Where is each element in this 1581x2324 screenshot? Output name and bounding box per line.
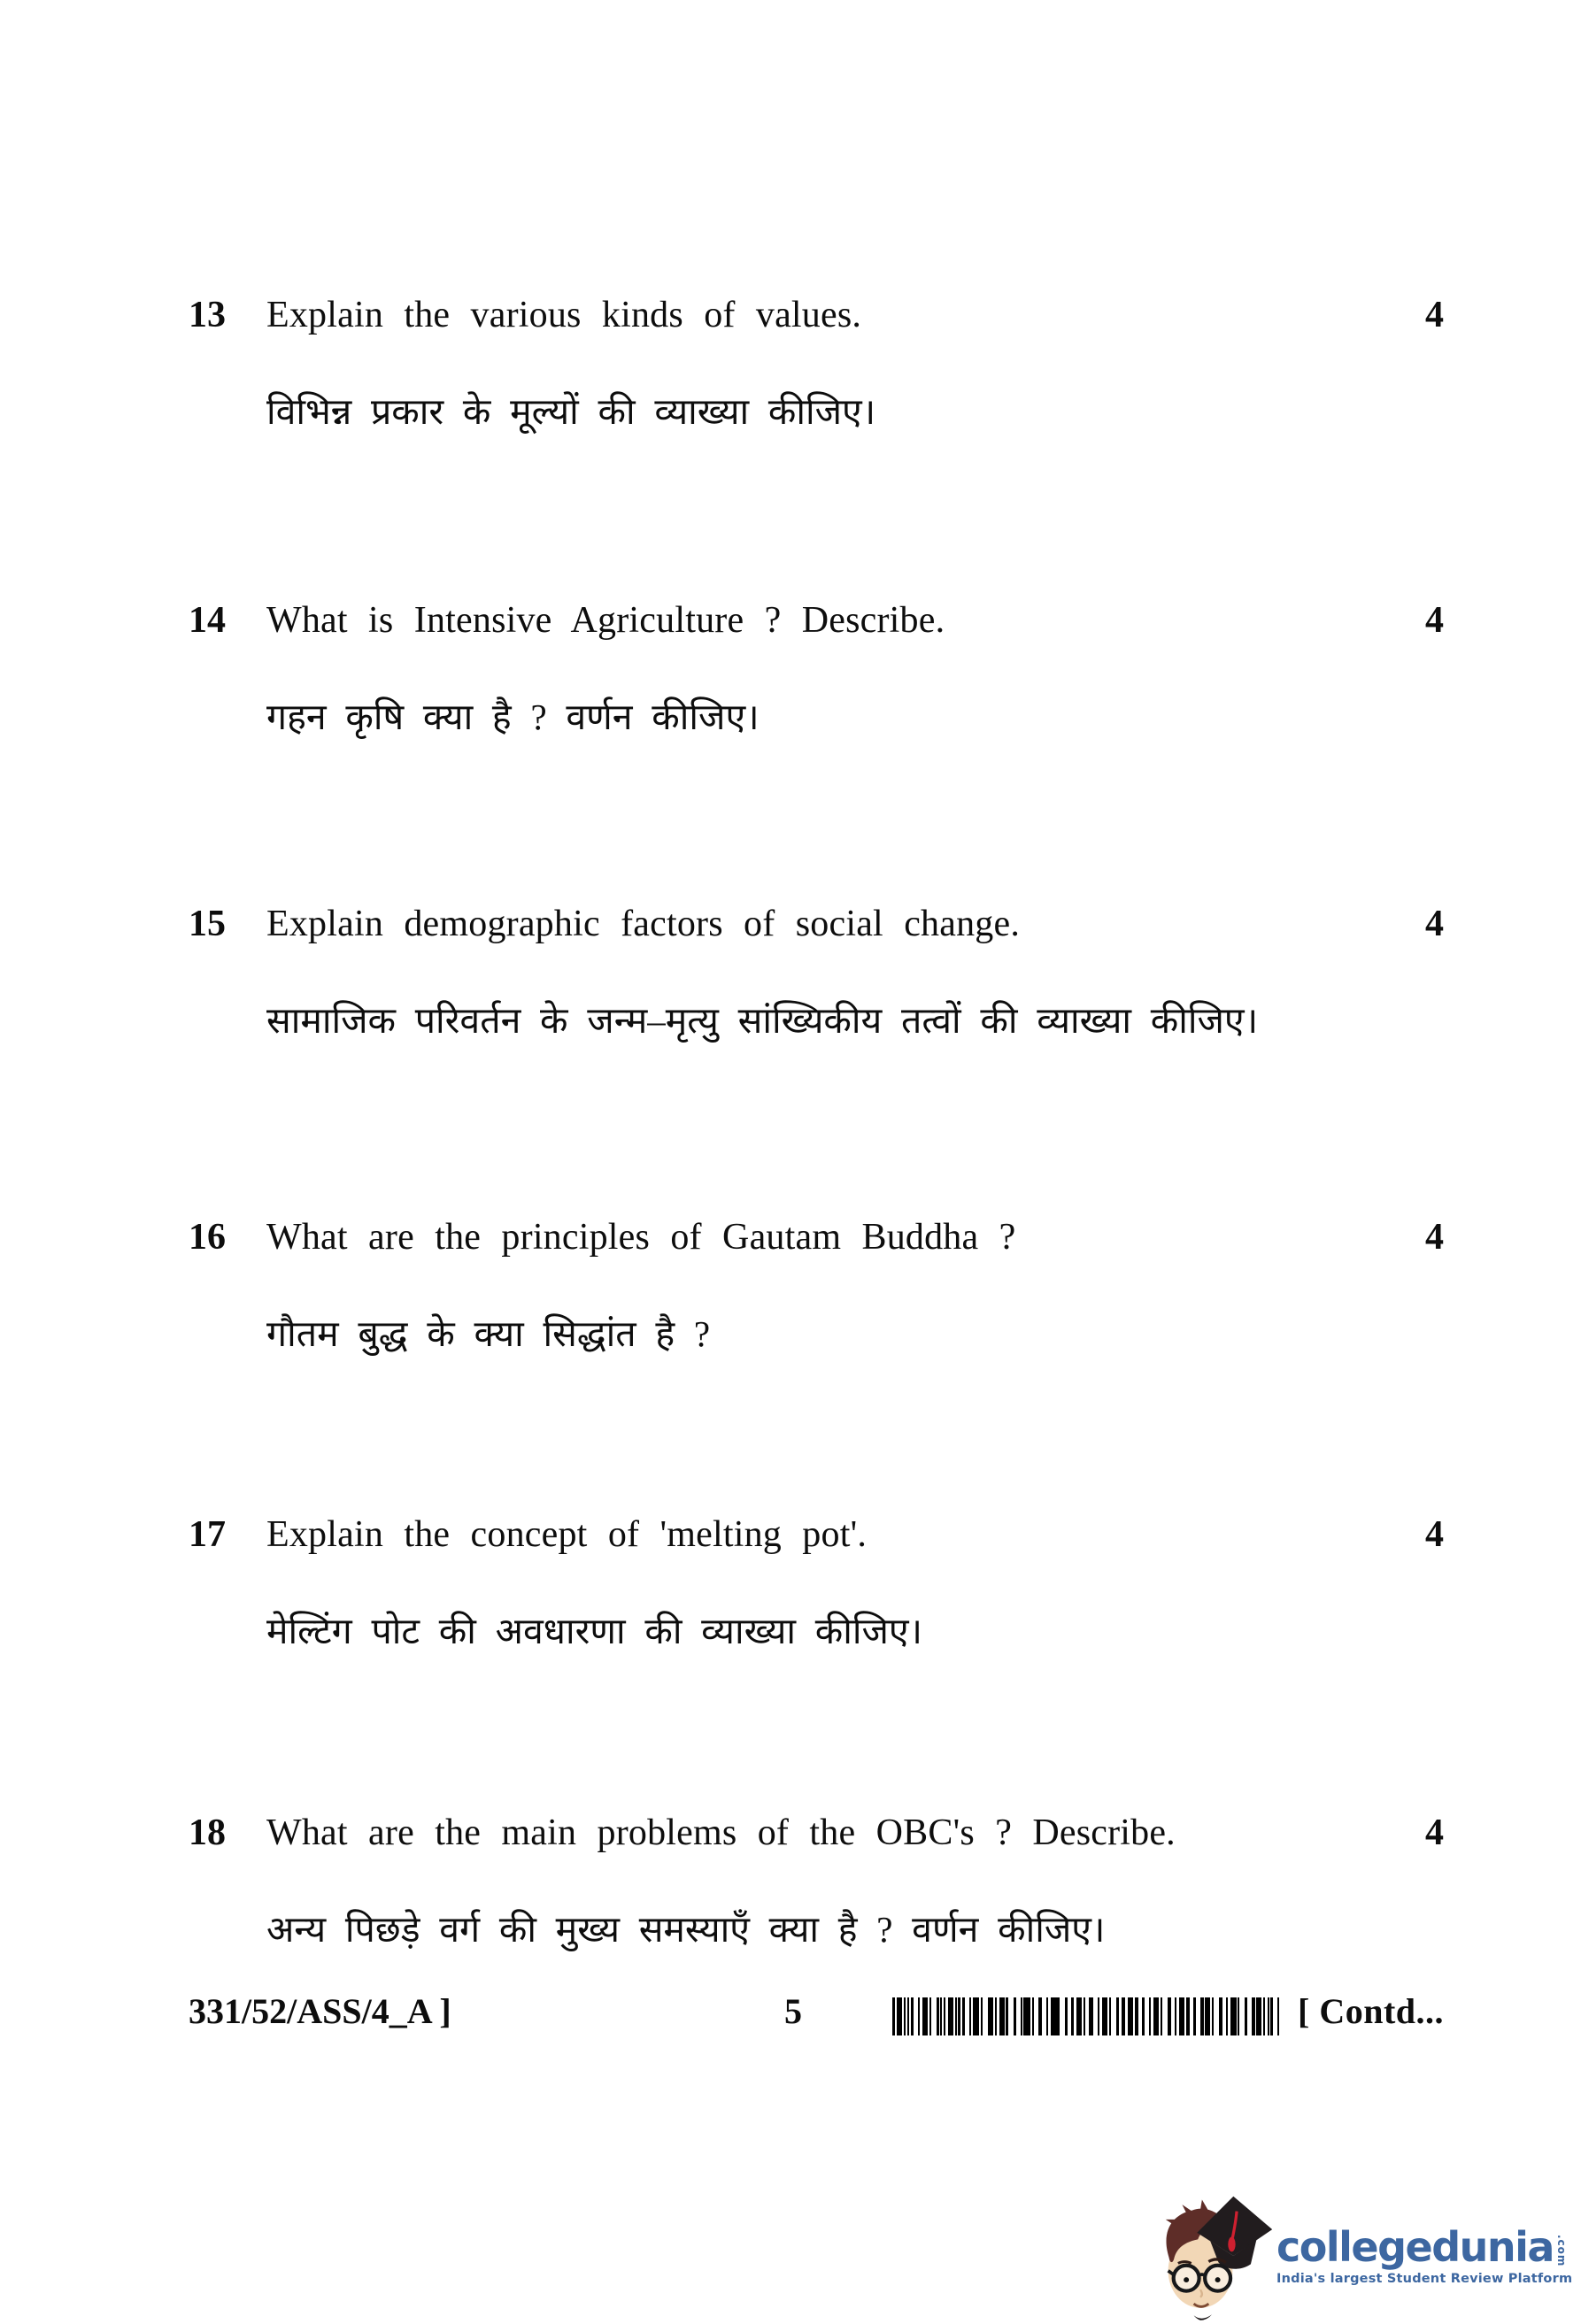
contd-label: [ Contd... xyxy=(1298,1990,1444,2032)
mascot-tassel xyxy=(1228,2237,1235,2252)
question-marks: 4 xyxy=(1399,1512,1444,1558)
question-text-english: What are the main problems of the OBC's … xyxy=(266,1810,1176,1857)
exam-paper-page: 13 Explain the various kinds of values. … xyxy=(0,0,1581,2324)
page-number: 5 xyxy=(784,1990,802,2032)
mascot-eye-left xyxy=(1184,2277,1189,2282)
question-text-english: Explain the various kinds of values. xyxy=(266,292,861,339)
footer-paper-code: 331/52/ASS/4_A ] xyxy=(189,1990,451,2032)
question-block: 18 What are the main problems of the OBC… xyxy=(189,1810,1444,1953)
student-graduate-mascot-icon xyxy=(1151,2189,1275,2323)
question-text-hindi: मेल्टिंग पोट की अवधारणा की व्याख्या कीजि… xyxy=(266,1608,1444,1655)
question-number: 15 xyxy=(189,901,266,948)
question-number: 18 xyxy=(189,1810,266,1857)
question-marks: 4 xyxy=(1399,292,1444,339)
question-block: 15 Explain demographic factors of social… xyxy=(189,901,1444,1044)
question-text-english: Explain demographic factors of social ch… xyxy=(266,901,1020,948)
question-marks: 4 xyxy=(1399,1214,1444,1261)
question-marks: 4 xyxy=(1399,1810,1444,1857)
question-text-hindi: अन्य पिछड़े वर्ग की मुख्य समस्याएँ क्या … xyxy=(266,1906,1444,1953)
question-text-english: What are the principles of Gautam Buddha… xyxy=(266,1214,1016,1261)
question-text-hindi: विभिन्न प्रकार के मूल्यों की व्याख्या की… xyxy=(266,389,1444,435)
brand-tld: .com xyxy=(1555,2235,1568,2266)
question-block: 14 What is Intensive Agriculture ? Descr… xyxy=(189,597,1444,741)
question-text-hindi: गहन कृषि क्या है ? वर्णन कीजिए। xyxy=(266,694,1444,741)
question-block: 16 What are the principles of Gautam Bud… xyxy=(189,1214,1444,1358)
question-number: 17 xyxy=(189,1512,266,1558)
mascot-eye-right xyxy=(1215,2277,1221,2282)
mascot-collar xyxy=(1194,2314,1213,2320)
question-number: 16 xyxy=(189,1214,266,1261)
collegedunia-logo-text: collegedunia .com India's largest Studen… xyxy=(1276,2226,1572,2286)
brand-tagline: India's largest Student Review Platform xyxy=(1276,2272,1572,2286)
question-text-hindi: गौतम बुद्ध के क्या सिद्धांत है ? xyxy=(266,1311,1444,1358)
collegedunia-logo: collegedunia .com India's largest Studen… xyxy=(1151,2188,1581,2324)
question-text-english: Explain the concept of 'melting pot'. xyxy=(266,1512,867,1558)
question-text-hindi: सामाजिक परिवर्तन के जन्म–मृत्यु सांख्यिक… xyxy=(266,997,1444,1044)
question-number: 13 xyxy=(189,292,266,339)
mascot-glasses-bridge xyxy=(1199,2274,1205,2275)
question-marks: 4 xyxy=(1399,597,1444,644)
question-block: 13 Explain the various kinds of values. … xyxy=(189,292,1444,435)
brand-name: collegedunia xyxy=(1276,2226,1554,2268)
barcode-icon xyxy=(892,1997,1280,2035)
question-marks: 4 xyxy=(1399,901,1444,948)
question-number: 14 xyxy=(189,597,266,644)
question-text-english: What is Intensive Agriculture ? Describe… xyxy=(266,597,945,644)
question-block: 17 Explain the concept of 'melting pot'.… xyxy=(189,1512,1444,1655)
